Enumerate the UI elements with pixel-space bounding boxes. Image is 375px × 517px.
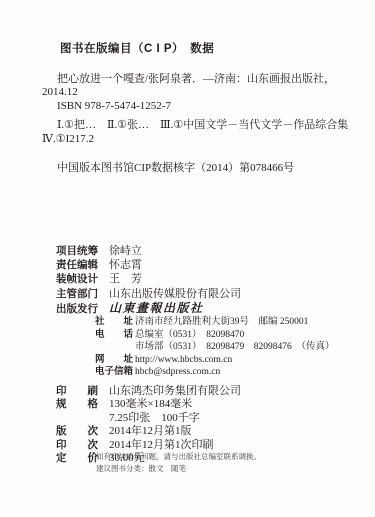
production-value: 山东鸿杰印务集团有限公司 <box>109 385 241 397</box>
credit-label: 主管部门 <box>56 287 102 301</box>
production-label: 印 刷 <box>56 385 102 399</box>
contact-label: 网 址 <box>95 354 135 366</box>
credit-row-designer: 装帧设计王 芳 <box>56 272 361 286</box>
production-label: 版 次 <box>56 425 102 439</box>
credit-label: 项目统筹 <box>56 244 102 258</box>
production-value: 2014年12月第1次印刷 <box>109 439 214 451</box>
contact-row-phone: 电 话总编室（0531） 82098470 <box>95 329 361 342</box>
credit-label: 责任编辑 <box>56 258 102 272</box>
contact-value: 济南市经九路胜利大街39号 邮编 250001 <box>135 317 308 327</box>
contact-email: hbcb@sdpress.com.cn <box>135 367 220 377</box>
cip-block: 图书在版编目（C I P） 数据 把心放进一个嘎查/张阿泉著．—济南：山东画报出… <box>42 43 355 175</box>
production-label: 规 格 <box>56 398 102 412</box>
credit-row-editor: 责任编辑怀志霄 <box>56 258 361 272</box>
production-value: 7.25印张 100千字 <box>109 412 200 424</box>
contact-row-email: 电子信箱hbcb@sdpress.com.cn <box>95 366 361 379</box>
cip-isbn: ISBN 978-7-5474-1252-7 <box>42 100 355 114</box>
contact-label: 社 址 <box>95 316 135 328</box>
cip-title-line: 把心放进一个嘎查/张阿泉著．—济南：山东画报出版社， <box>42 73 355 87</box>
publisher-calligraphy: 山東畫報出版社 <box>109 301 204 315</box>
production-row-format: 规 格130毫米×184毫米 <box>56 398 361 412</box>
credit-label: 出版发行 <box>56 302 102 316</box>
credit-value: 怀志霄 <box>109 259 142 271</box>
credit-value: 山东出版传媒股份有限公司 <box>109 288 241 300</box>
credit-value: 王 芳 <box>109 273 142 285</box>
contact-block: 社 址济南市经九路胜利大街39号 邮编 250001 电 话总编室（0531） … <box>95 316 361 379</box>
contact-row-website: 网 址http://www.hbcbs.com.cn <box>95 354 361 367</box>
production-row-sheets: 7.25印张 100千字 <box>56 412 361 426</box>
credit-row-publisher: 出版发行山東畫報出版社 <box>56 301 361 316</box>
production-row-printer: 印 刷山东鸿杰印务集团有限公司 <box>56 385 361 399</box>
contact-row-address: 社 址济南市经九路胜利大街39号 邮编 250001 <box>95 316 361 329</box>
cip-header: 图书在版编目（C I P） 数据 <box>42 43 355 57</box>
credit-row-project: 项目统筹徐峙立 <box>56 244 361 258</box>
contact-value: 总编室（0531） 82098470 <box>135 330 244 340</box>
footnote-category-suggestion: 建议图书分类：散文 随笔 <box>96 463 261 475</box>
contact-label: 电 话 <box>95 329 135 341</box>
credit-value: 徐峙立 <box>109 245 142 257</box>
cip-classification-line2: Ⅳ.①I217.2 <box>42 133 355 147</box>
contact-label: 电子信箱 <box>95 366 135 378</box>
publication-info-block: 项目统筹徐峙立 责任编辑怀志霄 装帧设计王 芳 主管部门山东出版传媒股份有限公司… <box>56 244 361 466</box>
footnote-quality-notice: 如有印装质量问题，请与出版社总编室联系调换。 <box>96 451 261 463</box>
contact-url: http://www.hbcbs.com.cn <box>135 355 232 365</box>
contact-row-phone2: 市场部（0531） 82098479 82098476 （传真） <box>95 341 361 354</box>
contact-value: 市场部（0531） 82098479 82098476 （传真） <box>135 342 335 352</box>
cip-title-year: 2014.12 <box>42 86 355 100</box>
footnote-block: 如有印装质量问题，请与出版社总编室联系调换。 建议图书分类：散文 随笔 <box>96 451 261 475</box>
credit-label: 装帧设计 <box>56 272 102 286</box>
cip-registry-number: 中国版本图书馆CIP数据核字（2014）第078466号 <box>42 161 355 175</box>
production-value: 130毫米×184毫米 <box>109 398 192 410</box>
cip-classification-line1: Ⅰ.①把… Ⅱ.①张… Ⅲ.①中国文学－当代文学－作品综合集 <box>42 119 355 133</box>
copyright-page: 图书在版编目（C I P） 数据 把心放进一个嘎查/张阿泉著．—济南：山东画报出… <box>0 0 375 517</box>
production-value: 2014年12月第1版 <box>109 425 192 437</box>
production-row-edition: 版 次2014年12月第1版 <box>56 425 361 439</box>
credit-row-supervisor: 主管部门山东出版传媒股份有限公司 <box>56 287 361 301</box>
